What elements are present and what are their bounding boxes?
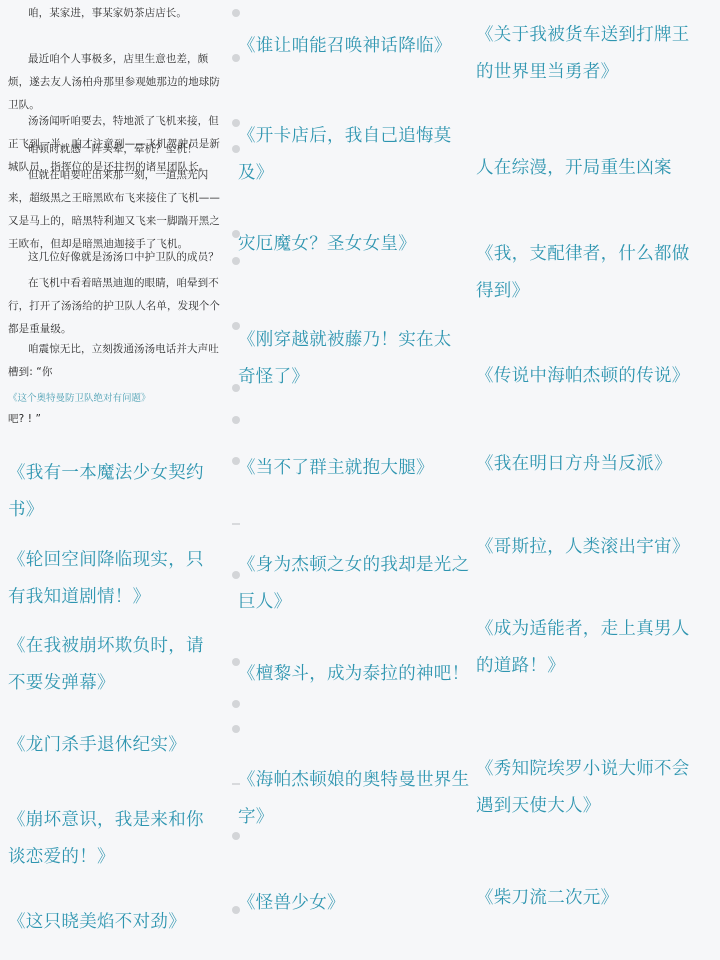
- story-paragraph: 最近咱个人事极多，店里生意也差，颇烦，遂去友人汤柏舟那里参观她那边的地球防卫队。: [8, 48, 226, 117]
- book-title-link[interactable]: 《当不了群主就抱大腿》: [238, 450, 476, 487]
- title-line: 及》: [238, 155, 476, 192]
- title-line: 巨人》: [238, 584, 476, 621]
- book-title-link[interactable]: 《海帕杰顿娘的奥特曼世界生 字》: [238, 762, 476, 836]
- scroll-dash-icon: [232, 523, 240, 525]
- book-title-link[interactable]: 《谁让咱能召唤神话降临》: [238, 28, 476, 65]
- title-line: 《刚穿越就被藤乃！实在太: [238, 322, 476, 359]
- book-title-link[interactable]: 《怪兽少女》: [238, 885, 476, 922]
- scroll-dot-icon: [232, 9, 240, 17]
- book-title-link[interactable]: 《我在明日方舟当反派》: [476, 446, 720, 483]
- title-line: 《成为适能者，走上真男人: [476, 611, 720, 648]
- book-title-link[interactable]: 《轮回空间降临现实，只有我知道剧情！》: [8, 542, 218, 616]
- title-line: 《我，支配律者，什么都做: [476, 236, 720, 273]
- story-paragraph: 这几位好像就是汤汤口中护卫队的成员？: [8, 246, 226, 269]
- title-line: 《秀知院埃罗小说大师不会: [476, 751, 720, 788]
- title-line: 《哥斯拉，人类滚出宇宙》: [476, 529, 720, 566]
- story-paragraph: 咱，某家进，事某家奶茶店店长。: [8, 2, 226, 25]
- story-paragraph: 咱顿时就感一阵头晕，晕机？坠机！: [8, 138, 226, 161]
- scroll-dot-icon: [232, 725, 240, 733]
- title-line: 《怪兽少女》: [238, 885, 476, 922]
- title-line: 的世界里当勇者》: [476, 54, 720, 91]
- scroll-dot-icon: [232, 416, 240, 424]
- middle-list-panel: 《谁让咱能召唤神话降临》 《开卡店后，我自己追悔莫 及》 灾厄魔女？圣女女皇》 …: [226, 0, 476, 960]
- book-title-link[interactable]: 《开卡店后，我自己追悔莫 及》: [238, 118, 476, 192]
- book-title-link[interactable]: 灾厄魔女？圣女女皇》: [238, 226, 476, 263]
- story-paragraph-tail: 吧? ! ”: [8, 408, 226, 431]
- scroll-dot-icon: [232, 700, 240, 708]
- title-line: 人在综漫，开局重生凶案: [476, 150, 720, 187]
- book-title-link[interactable]: 《哥斯拉，人类滚出宇宙》: [476, 529, 720, 566]
- title-line: 《谁让咱能召唤神话降临》: [238, 28, 476, 65]
- title-line: 《关于我被货车送到打牌王: [476, 17, 720, 54]
- book-title-link[interactable]: 《我有一本魔法少女契约书》: [8, 455, 218, 529]
- book-title-link[interactable]: 《这只晓美焰不对劲》: [8, 904, 218, 941]
- title-line: 《身为杰顿之女的我却是光之: [238, 547, 476, 584]
- title-line: 《当不了群主就抱大腿》: [238, 450, 476, 487]
- book-title-link[interactable]: 《秀知院埃罗小说大师不会 遇到天使大人》: [476, 751, 720, 825]
- book-title-link[interactable]: 《成为适能者，走上真男人 的道路！》: [476, 611, 720, 685]
- story-paragraph: 咱震惊无比，立刻拨通汤汤电话并大声吐槽到: “你: [8, 338, 226, 384]
- right-list-panel: 《关于我被货车送到打牌王 的世界里当勇者》 人在综漫，开局重生凶案 《我，支配律…: [476, 0, 720, 960]
- book-title-link[interactable]: 《柴刀流二次元》: [476, 880, 720, 917]
- title-line: 《开卡店后，我自己追悔莫: [238, 118, 476, 155]
- book-title-link[interactable]: 《在我被崩坏欺负时，请不要发弹幕》: [8, 628, 218, 702]
- title-line: 奇怪了》: [238, 359, 476, 396]
- title-line: 灾厄魔女？圣女女皇》: [238, 226, 476, 263]
- title-line: 字》: [238, 799, 476, 836]
- title-line: 得到》: [476, 273, 720, 310]
- book-title-link[interactable]: 《我，支配律者，什么都做 得到》: [476, 236, 720, 310]
- left-reading-panel: 咱，某家进，事某家奶茶店店长。 最近咱个人事极多，店里生意也差，颇烦，遂去友人汤…: [0, 0, 226, 960]
- book-title-link[interactable]: 《传说中海帕杰顿的传说》: [476, 358, 720, 395]
- title-line: 遇到天使大人》: [476, 788, 720, 825]
- story-paragraph: 但就在咱要吐出来那一刻，一道黑光闪来，超级黑之王暗黑欧布飞来接住了飞机——又是马…: [8, 164, 226, 256]
- book-title-link[interactable]: 《关于我被货车送到打牌王 的世界里当勇者》: [476, 17, 720, 91]
- title-line: 《檀黎斗，成为泰拉的神吧！: [238, 656, 476, 693]
- book-title-link[interactable]: 人在综漫，开局重生凶案: [476, 150, 720, 187]
- book-title-link[interactable]: 《崩坏意识，我是来和你谈恋爱的！》: [8, 802, 218, 876]
- book-title-link[interactable]: 《龙门杀手退休纪实》: [8, 727, 218, 764]
- book-title-link[interactable]: 《檀黎斗，成为泰拉的神吧！: [238, 656, 476, 693]
- book-title-link[interactable]: 《身为杰顿之女的我却是光之 巨人》: [238, 547, 476, 621]
- book-link-inline[interactable]: 《这个奥特曼防卫队绝对有问题》: [8, 390, 151, 404]
- title-line: 《海帕杰顿娘的奥特曼世界生: [238, 762, 476, 799]
- story-paragraph: 在飞机中看着暗黑迪迦的眼睛，咱晕到不行，打开了汤汤给的护卫队人名单，发现个个都是…: [8, 272, 226, 341]
- title-line: 的道路！》: [476, 648, 720, 685]
- title-line: 《传说中海帕杰顿的传说》: [476, 358, 720, 395]
- book-title-link[interactable]: 《刚穿越就被藤乃！实在太 奇怪了》: [238, 322, 476, 396]
- title-line: 《我在明日方舟当反派》: [476, 446, 720, 483]
- title-line: 《柴刀流二次元》: [476, 880, 720, 917]
